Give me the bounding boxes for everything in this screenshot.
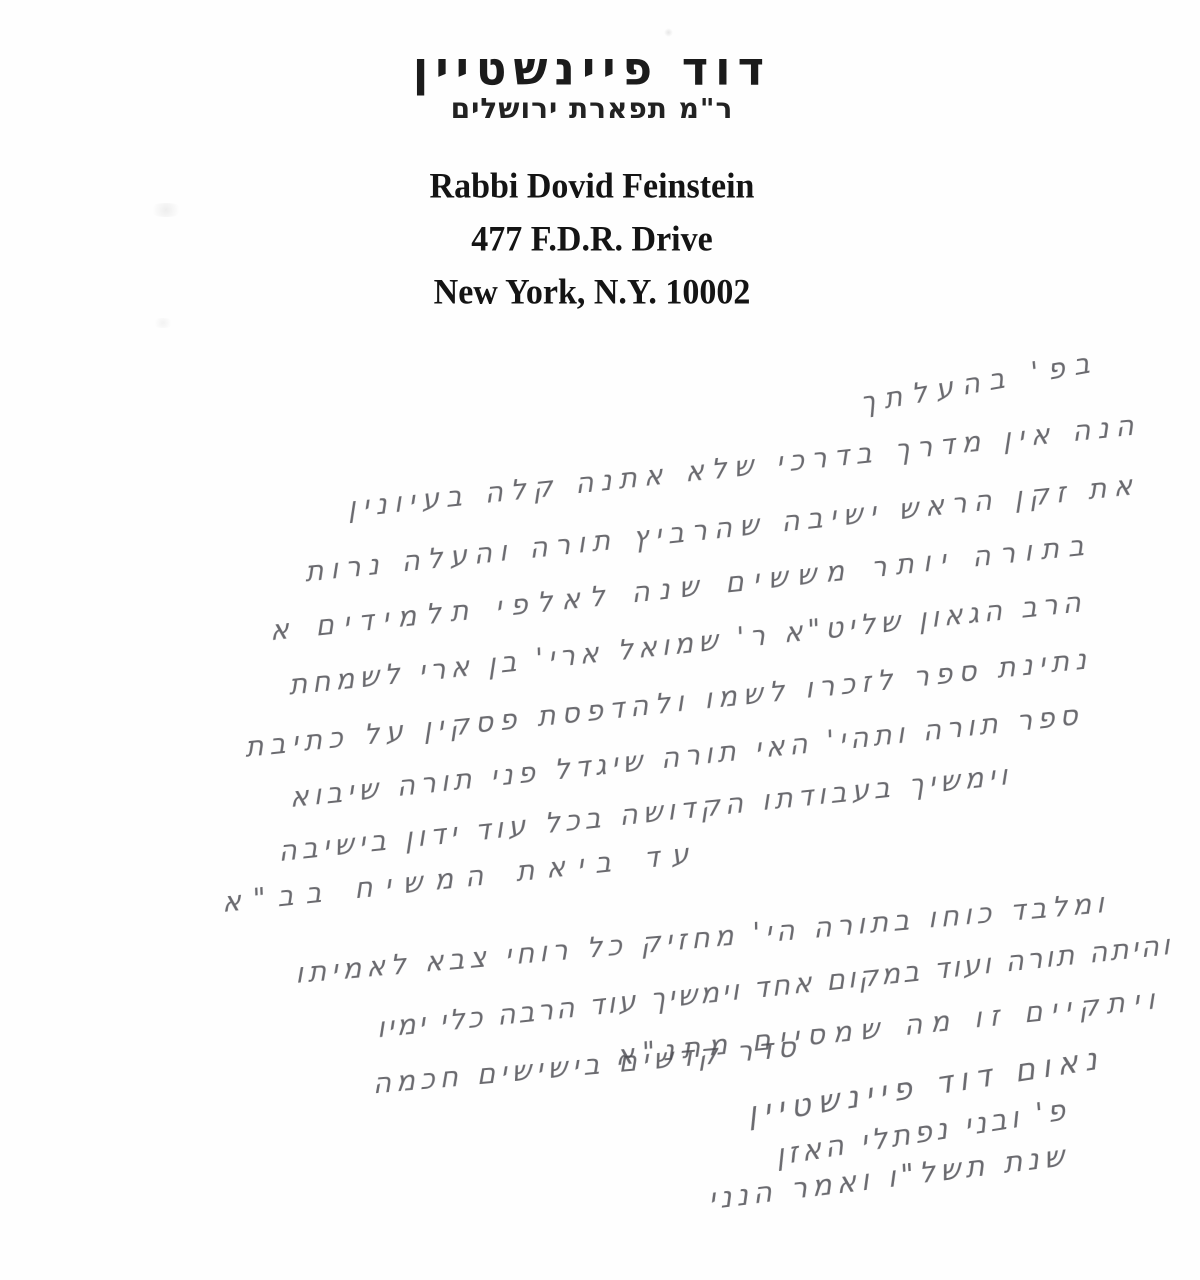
- letterhead-city-address: New York, N.Y. 10002: [0, 273, 1184, 313]
- handwritten-line: סדר קדשים בישישים חכמה: [372, 1030, 800, 1101]
- letterhead-english-name: Rabbi Dovid Feinstein: [0, 167, 1184, 207]
- handwritten-line: בפ' בהעלתך: [859, 345, 1100, 420]
- letterhead-hebrew-name: דוד פיינשטיין: [0, 41, 1184, 96]
- scanned-letter-page: דוד פיינשטיין ר"מ תפארת ירושלים Rabbi Do…: [0, 0, 1200, 1280]
- scan-smudge: [152, 318, 174, 328]
- scan-speck: [664, 28, 673, 37]
- letterhead-hebrew-title: ר"מ תפארת ירושלים: [0, 92, 1184, 125]
- letterhead-street-address: 477 F.D.R. Drive: [0, 220, 1184, 260]
- scan-smudge: [148, 203, 184, 217]
